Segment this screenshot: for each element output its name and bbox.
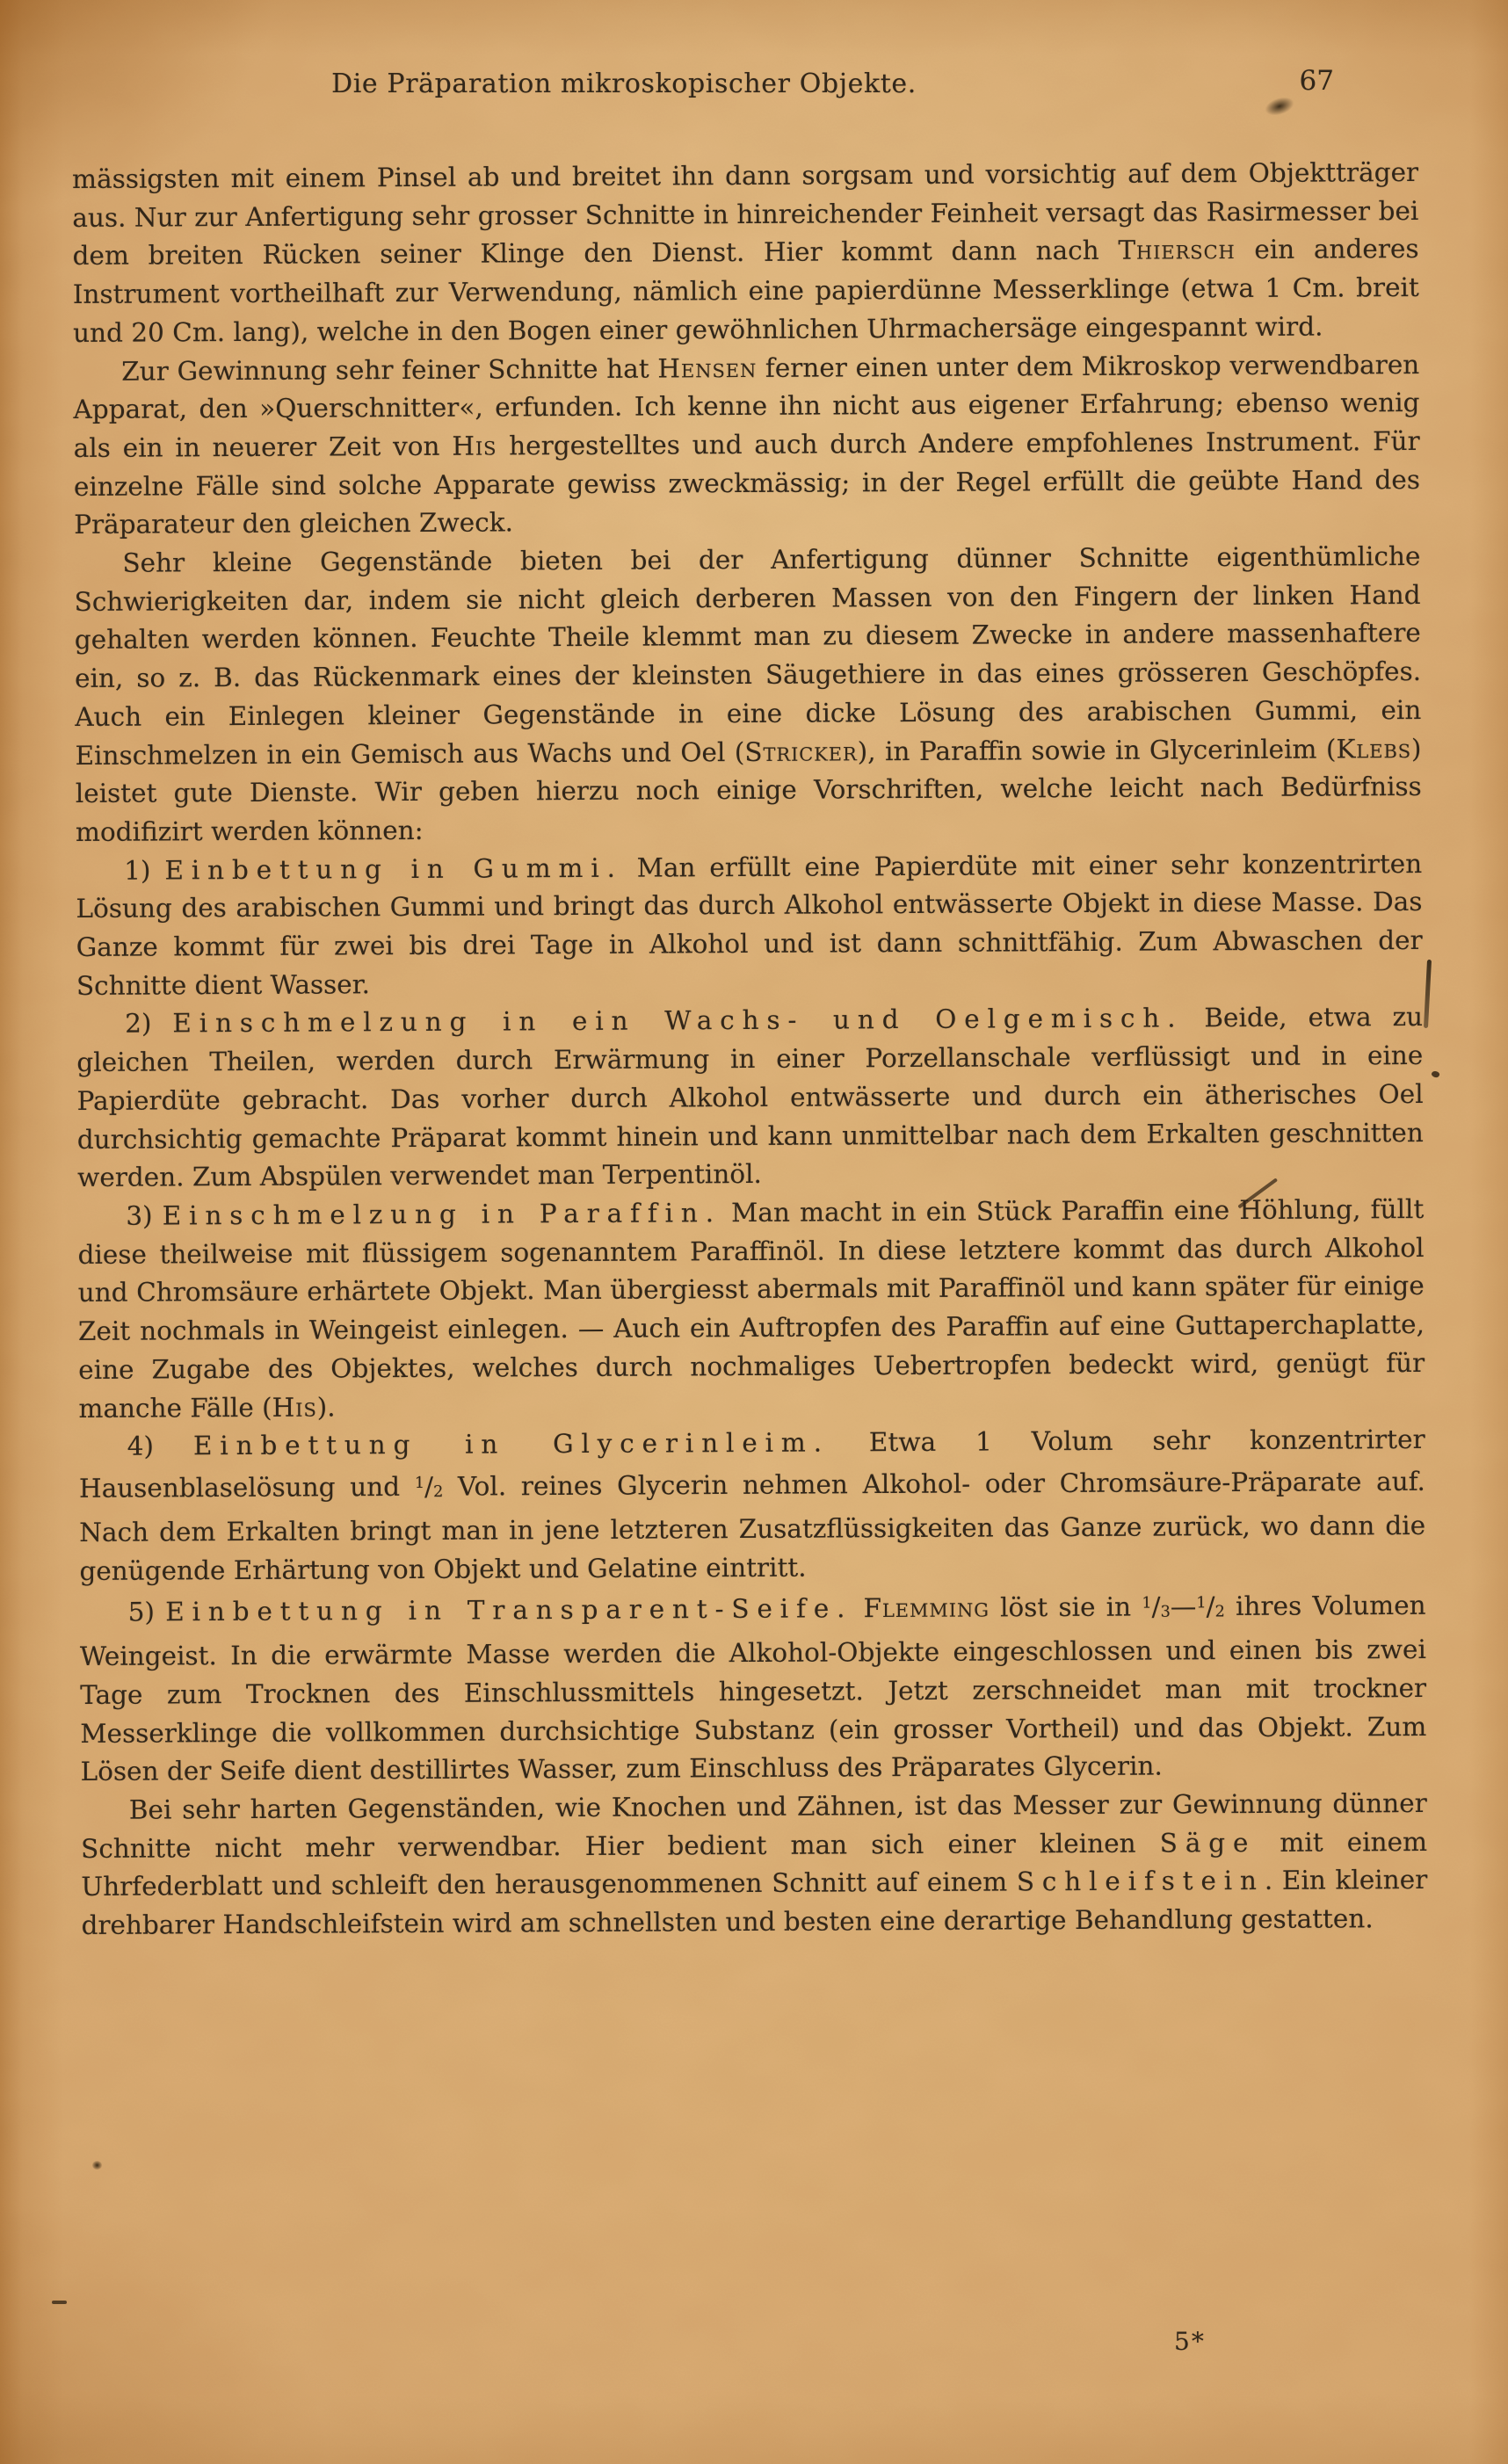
text-run — [852, 1593, 863, 1623]
text-run: 1) — [124, 855, 164, 885]
page-number: 67 — [1246, 65, 1334, 97]
paragraph-4-einbettung-glycerinleim: 4) Einbettung in Glycerinleim. Etwa 1 Vo… — [79, 1421, 1426, 1591]
left-ink-speck — [92, 2161, 102, 2170]
paragraph-kleine-gegenstaende: Sehr kleine Gegenstände bieten bei der A… — [74, 538, 1422, 852]
text-run: Klebs — [1336, 734, 1411, 764]
text-run: Einbettung in Gummi. — [164, 852, 623, 885]
text-run: Stricker — [744, 736, 857, 767]
paragraph-1-einbettung-gummi: 1) Einbettung in Gummi. Man erfüllt eine… — [76, 845, 1423, 1006]
signature-mark: 5* — [1174, 2327, 1206, 2356]
text-run: 4) — [127, 1431, 193, 1461]
text-run: Thiersch — [1118, 235, 1235, 265]
margin-ink-speck — [1431, 1069, 1440, 1078]
text-run: Man macht in ein Stück Paraffin eine — [721, 1195, 1239, 1228]
text-run: löst sie in — [990, 1592, 1142, 1623]
margin-dash-mark — [52, 2301, 67, 2304]
text-run: Einschmelzung in Paraffin. — [163, 1198, 721, 1230]
text-run: 2) — [125, 1009, 172, 1039]
paragraph-continuation: mässigsten mit einem Pinsel ab und breit… — [72, 154, 1419, 353]
running-head-title: Die Präparation mikroskopischer Objekte. — [220, 69, 1028, 99]
text-run: 3) — [126, 1200, 163, 1230]
text-run: Hensen — [657, 352, 757, 383]
text-run: Einbettung in Glycerinleim. — [193, 1428, 830, 1461]
text-run: Zur Gewinnung sehr feiner Schnitte hat — [121, 353, 657, 386]
paragraph-2-einschmelzung-wachs-oel: 2) Einschmelzung in ein Wachs- und Oelge… — [76, 998, 1424, 1198]
paragraph-5-einbettung-transparent-seife: 5) Einbettung in Transparent-Seife. Flem… — [80, 1583, 1427, 1792]
text-run: Höhlung — [1239, 1194, 1352, 1225]
text-run: 1 — [415, 1475, 424, 1492]
page-body-text: mässigsten mit einem Pinsel ab und breit… — [72, 154, 1428, 1946]
text-run: / — [1207, 1591, 1215, 1621]
text-run: Einbettung in Transparent-Seife. — [165, 1593, 852, 1627]
text-run: 3 — [1161, 1604, 1171, 1621]
text-run: — — [1171, 1591, 1197, 1621]
text-run: 1 — [1142, 1595, 1151, 1612]
text-run: / — [424, 1472, 433, 1502]
text-run: Säge — [1160, 1828, 1257, 1859]
paragraph-harte-gegenstaende: Bei sehr harten Gegenständen, wie Knoche… — [81, 1785, 1428, 1946]
text-run: ), in Paraffin sowie in Glycerinleim ( — [858, 734, 1337, 766]
text-run: / — [1152, 1592, 1161, 1622]
text-run: His — [452, 431, 497, 460]
text-run: Flemming — [863, 1593, 989, 1624]
text-run: Einschmelzung in ein Wachs- und Oelgemis… — [172, 1004, 1183, 1039]
text-run: His — [272, 1392, 317, 1422]
text-run: 2 — [1215, 1604, 1225, 1621]
book-page-scan: Die Präparation mikroskopischer Objekte.… — [0, 0, 1508, 2464]
text-run: 1 — [1196, 1595, 1206, 1612]
text-run: ). — [317, 1392, 336, 1422]
text-run: Schleifstein — [1017, 1866, 1265, 1896]
text-run: 5) — [128, 1598, 166, 1627]
text-run: 2 — [433, 1483, 443, 1501]
paragraph-querschnitter: Zur Gewinnung sehr feiner Schnitte hat H… — [73, 345, 1420, 545]
margin-pen-stroke — [1424, 960, 1432, 1028]
paragraph-3-einschmelzung-paraffin: 3) Einschmelzung in Paraffin. Man macht … — [77, 1191, 1425, 1428]
